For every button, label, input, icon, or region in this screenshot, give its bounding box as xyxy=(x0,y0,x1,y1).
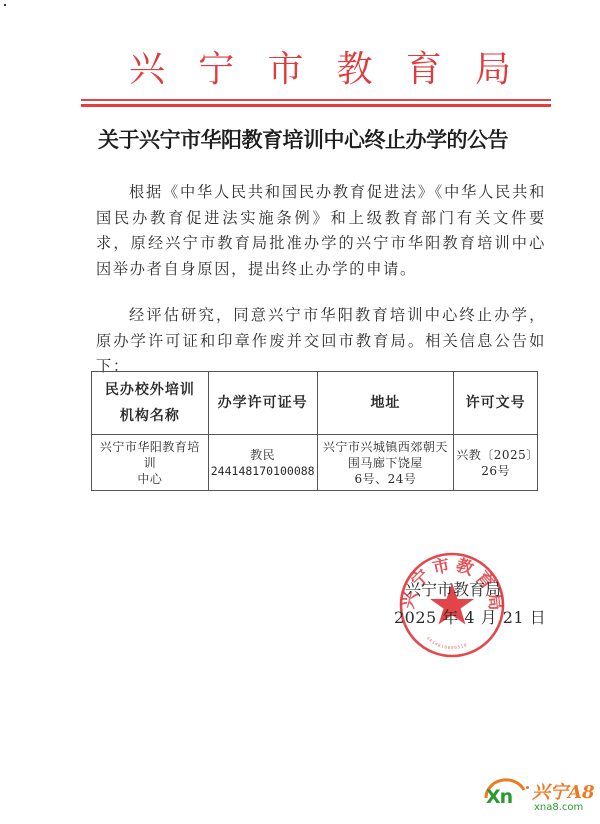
masthead-char: 兴 xyxy=(129,50,165,90)
document-title: 关于兴宁市华阳教育培训中心终止办学的公告 xyxy=(98,126,538,154)
logo-brand-text: 兴宁A8 xyxy=(532,778,595,804)
table-header-row: 民办校外培训 机构名称 办学许可证号 地址 许可文号 xyxy=(92,372,538,435)
cell-address: 兴宁市兴城镇西郊朝天 围马廊下饶屋 6号、24号 xyxy=(317,435,454,491)
cell-permit-document: 兴教〔2025〕 26号 xyxy=(454,435,538,491)
masthead-rule-thick xyxy=(81,104,551,107)
masthead-rule-thin xyxy=(81,99,551,101)
masthead-char: 局 xyxy=(475,50,511,90)
body-paragraph: 根据《中华人民共和国民办教育促进法》《中华人民共和国民办教育促进法实施条例》和上… xyxy=(96,180,546,282)
logo-domain-text: xna8.com xyxy=(534,802,583,813)
cell-license-number: 教民 244148170100088 xyxy=(208,435,317,491)
header-institution-name: 民办校外培训 机构名称 xyxy=(92,372,209,435)
masthead: 兴 宁 市 教 育 局 xyxy=(81,50,551,90)
header-address: 地址 xyxy=(317,372,454,435)
official-seal-icon: 兴宁市教育局 4414810000510 xyxy=(398,551,506,659)
table-row: 兴宁市华阳教育培训 中心 教民 244148170100088 兴宁市兴城镇西郊… xyxy=(92,435,538,491)
masthead-char: 宁 xyxy=(198,50,234,90)
header-permit-document: 许可文号 xyxy=(454,372,538,435)
logo-dot xyxy=(526,786,529,789)
svg-text:4414810000510: 4414810000510 xyxy=(426,636,468,651)
info-table: 民办校外培训 机构名称 办学许可证号 地址 许可文号 兴宁市华阳教育培训 中心 … xyxy=(91,371,538,491)
masthead-char: 市 xyxy=(267,50,303,90)
body-paragraph: 经评估研究，同意兴宁市华阳教育培训中心终止办学，原办学许可证和印章作废并交回市教… xyxy=(96,303,546,380)
masthead-char: 教 xyxy=(337,50,373,90)
header-license-number: 办学许可证号 xyxy=(208,372,317,435)
signature-date: 2025 年 4 月 21 日 xyxy=(394,608,546,628)
scan-artifact xyxy=(4,4,6,6)
signature-organization: 兴宁市教育局 xyxy=(405,580,501,600)
logo-mark: Xn xyxy=(486,786,512,808)
site-watermark[interactable]: Xn 兴宁A8 xna8.com xyxy=(476,772,600,820)
cell-institution-name: 兴宁市华阳教育培训 中心 xyxy=(92,435,209,491)
masthead-char: 育 xyxy=(406,50,442,90)
